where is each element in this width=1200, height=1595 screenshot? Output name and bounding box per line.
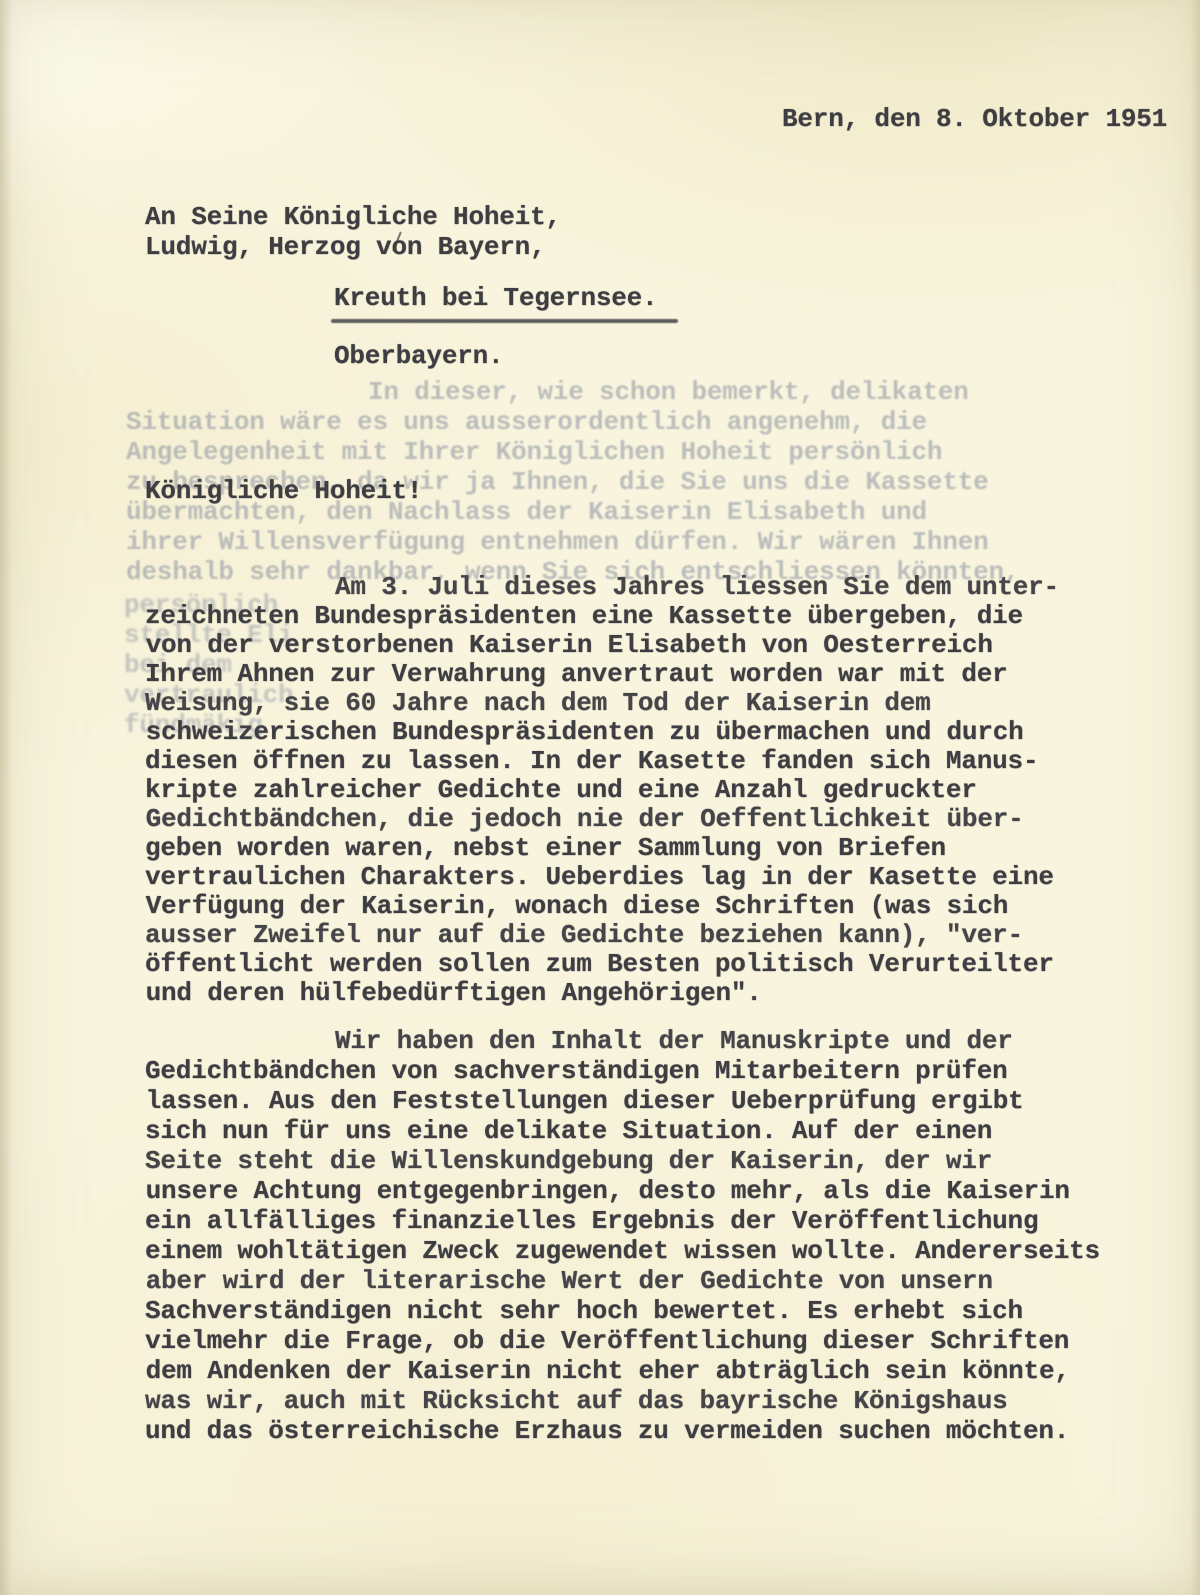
recipient-place: Kreuth bei Tegernsee. [334, 283, 657, 313]
text-line: Gedichtbändchen von sachverständigen Mit… [145, 1056, 1160, 1086]
text-line: unsere Achtung entgegenbringen, desto me… [146, 1176, 1161, 1206]
text-line: was wir, auch mit Rücksicht auf das bayr… [145, 1386, 1160, 1416]
text-line: sich nun für uns eine delikate Situation… [145, 1116, 1160, 1146]
text-line: aber wird der literarische Wert der Gedi… [146, 1266, 1161, 1296]
text-line: Verfügung der Kaiserin, wonach diese Sch… [146, 892, 1161, 921]
text-line: und deren hülfebedürftigen Angehörigen". [146, 979, 1161, 1008]
text-line: zeichneten Bundespräsidenten eine Kasset… [145, 602, 1160, 631]
text-line: ihrer Willensverfügung entnehmen dürfen.… [126, 527, 1146, 557]
text-line: dem Andenken der Kaiserin nicht eher abt… [146, 1356, 1161, 1386]
scan-edge-shadow-right [1190, 0, 1200, 1595]
text-line: schweizerischen Bundespräsidenten zu übe… [146, 718, 1161, 747]
text-line: Wir haben den Inhalt der Manuskripte und… [145, 1026, 1160, 1056]
scan-edge-shadow-left [0, 0, 12, 1595]
text-line: ein allfälliges finanzielles Ergebnis de… [145, 1206, 1160, 1236]
text-line: vertraulichen Charakters. Ueberdies lag … [145, 863, 1160, 892]
text-line: einem wohltätigen Zweck zugewendet wisse… [145, 1236, 1160, 1266]
date-line: Bern, den 8. Oktober 1951 [782, 104, 1167, 134]
text-line: öffentlicht werden sollen zum Besten pol… [145, 950, 1160, 979]
recipient-line-1: An Seine Königliche Hoheit, [145, 202, 561, 232]
paragraph-1: Am 3. Juli dieses Jahres liessen Sie dem… [145, 573, 1160, 1008]
address-underline [331, 319, 678, 323]
recipient-region: Oberbayern. [334, 341, 503, 371]
text-line: Ihrem Ahnen zur Verwahrung anvertraut wo… [145, 660, 1160, 689]
text-line: ausser Zweifel nur auf die Gedichte bezi… [145, 921, 1160, 950]
letter-page: In dieser, wie schon bemerkt, delikatenS… [0, 0, 1200, 1595]
text-line: Weisung, sie 60 Jahre nach dem Tod der K… [145, 689, 1160, 718]
text-line: lassen. Aus den Feststellungen dieser Ue… [146, 1086, 1161, 1116]
text-line: vielmehr die Frage, ob die Veröffentlich… [145, 1326, 1160, 1356]
recipient-line-2: Ludwig, Herzog von Bayern, [145, 232, 545, 262]
text-line: In dieser, wie schon bemerkt, delikaten [126, 377, 1146, 407]
text-line: diesen öffnen zu lassen. In der Kasette … [145, 747, 1160, 776]
text-line: geben worden waren, nebst einer Sammlung… [145, 834, 1160, 863]
salutation: Königliche Hoheit! [145, 476, 422, 506]
text-line: von der verstorbenen Kaiserin Elisabeth … [146, 631, 1161, 660]
text-line: und das österreichische Erzhaus zu verme… [145, 1416, 1160, 1446]
text-line: Angelegenheit mit Ihrer Königlichen Hohe… [126, 437, 1146, 467]
text-line: Situation wäre es uns ausserordentlich a… [126, 407, 1146, 437]
text-line: Sachverständigen nicht sehr hoch bewerte… [145, 1296, 1160, 1326]
text-line: Gedichtbändchen, die jedoch nie der Oeff… [146, 805, 1161, 834]
text-line: Seite steht die Willenskundgebung der Ka… [145, 1146, 1160, 1176]
paper-crease [0, 0, 234, 207]
text-line: kripte zahlreicher Gedichte und eine Anz… [145, 776, 1160, 805]
paragraph-2: Wir haben den Inhalt der Manuskripte und… [145, 1026, 1160, 1446]
text-line: Am 3. Juli dieses Jahres liessen Sie dem… [145, 573, 1160, 602]
